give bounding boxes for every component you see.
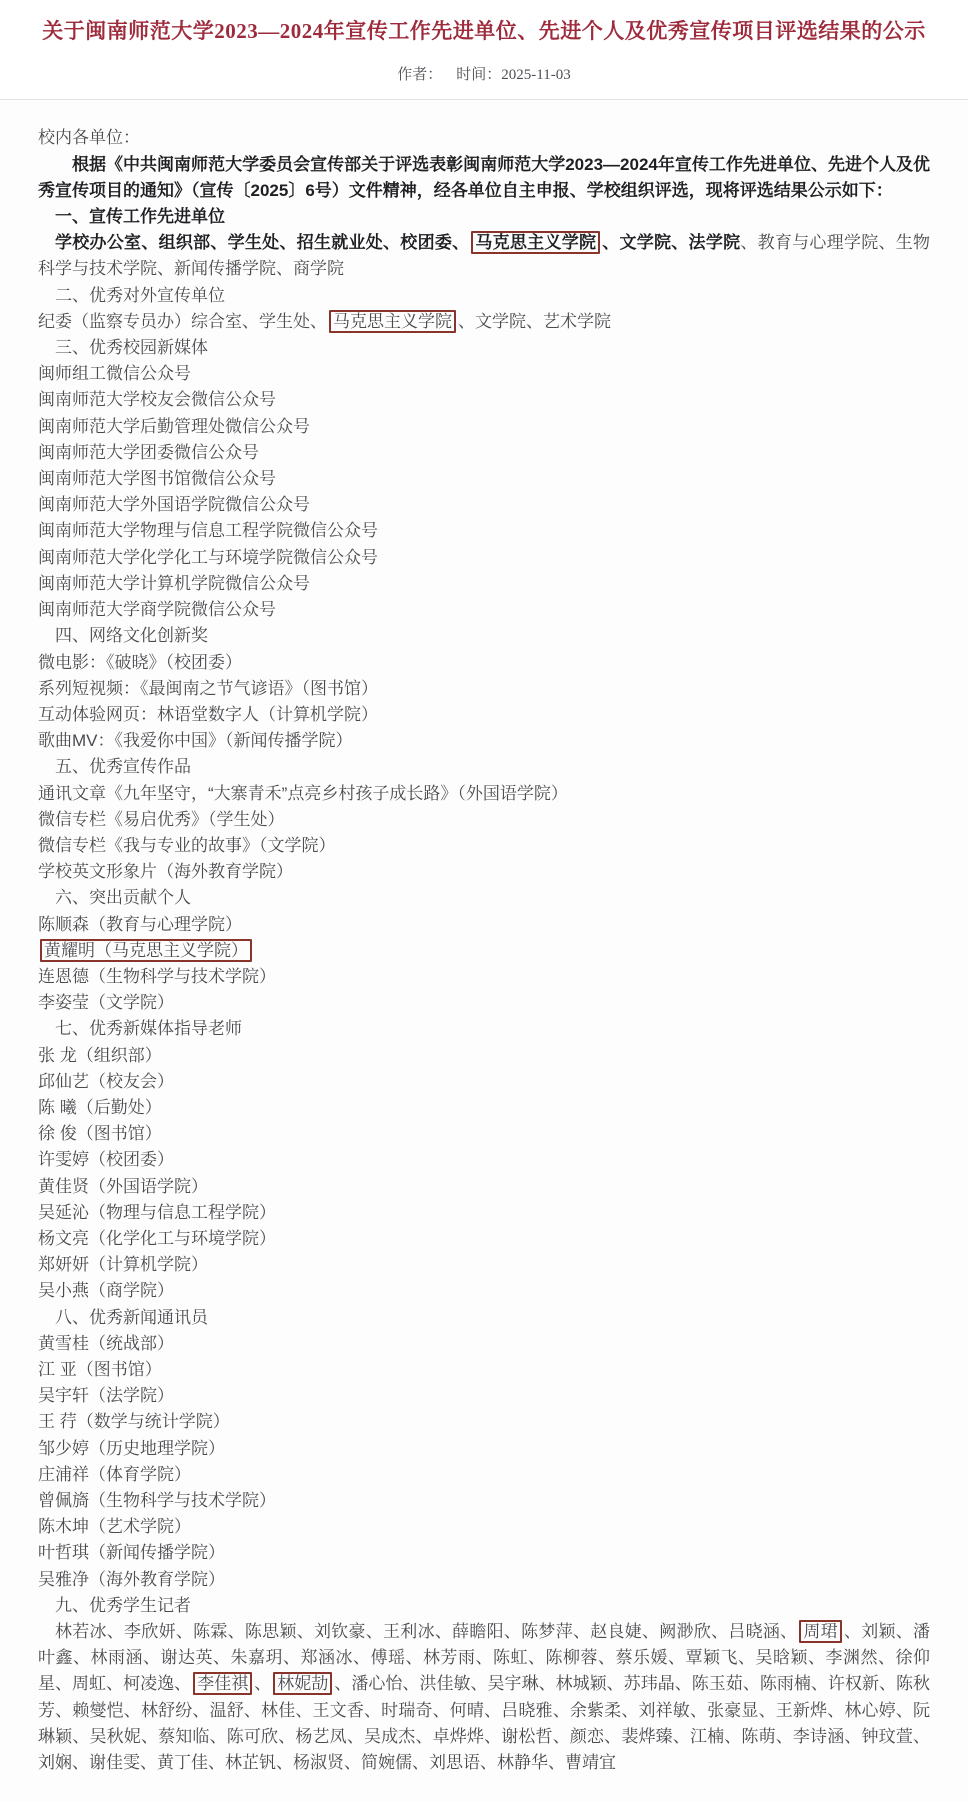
red-box-highlight: 李佳祺 [193,1672,252,1695]
doc-line: 杨文亮（化学化工与环境学院） [38,1226,930,1252]
text-segment: 、文学院、艺术学院 [458,312,611,331]
doc-line: 根据《中共闽南师范大学委员会宣传部关于评选表彰闽南师范大学2023—2024年宣… [38,152,930,204]
text-segment: 五、优秀宣传作品 [55,757,191,776]
doc-line: 校内各单位： [38,125,930,151]
red-box-highlight: 马克思主义学院 [471,231,600,254]
red-box-highlight: 林妮劼 [273,1672,332,1695]
section-heading: 四、网络文化创新奖 [38,623,930,649]
text-segment: 四、网络文化创新奖 [55,626,208,645]
text-segment: 歌曲MV：《我爱你中国》（新闻传播学院） [38,731,353,750]
text-segment: 一、宣传工作先进单位 [55,207,225,226]
text-segment: 陈顺森（教育与心理学院） [38,915,242,934]
doc-line: 江 亚（图书馆） [38,1357,930,1383]
doc-line: 吴小燕（商学院） [38,1278,930,1304]
section-heading: 六、突出贡献个人 [38,885,930,911]
doc-line: 闽南师范大学团委微信公众号 [38,440,930,466]
text-segment: 、 [254,1674,271,1693]
doc-line: 吴宇轩（法学院） [38,1383,930,1409]
doc-line: 徐 俊（图书馆） [38,1121,930,1147]
text-segment: 庄浦祥（体育学院） [38,1465,191,1484]
text-segment: 闽南师范大学物理与信息工程学院微信公众号 [38,521,378,540]
doc-line: 闽南师范大学商学院微信公众号 [38,597,930,623]
doc-line: 黄佳贤（外国语学院） [38,1174,930,1200]
text-segment: 连恩德（生物科学与技术学院） [38,967,276,986]
doc-line: 闽师组工微信公众号 [38,361,930,387]
text-segment: 闽南师范大学外国语学院微信公众号 [38,495,310,514]
text-segment: 闽南师范大学商学院微信公众号 [38,600,276,619]
text-segment: 吴宇轩（法学院） [38,1386,174,1405]
announcement-page: 关于闽南师范大学2023—2024年宣传工作先进单位、先进个人及优秀宣传项目评选… [0,0,968,1802]
text-segment: 系列短视频：《最闽南之节气谚语》（图书馆） [38,679,378,698]
meta-row: 作者：时间：2025-11-03 [0,63,968,99]
publish-date: 2025-11-03 [501,67,570,83]
text-segment: 黄佳贤（外国语学院） [38,1177,208,1196]
text-segment: 王 荇（数学与统计学院） [38,1412,230,1431]
section-heading: 七、优秀新媒体指导老师 [38,1016,930,1042]
text-segment: 学校办公室、组织部、学生处、招生就业处、校团委、 [55,233,469,252]
text-segment: 二、优秀对外宣传单位 [55,286,225,305]
doc-line: 纪委（监察专员办）综合室、学生处、马克思主义学院、文学院、艺术学院 [38,309,930,335]
text-segment: 通讯文章《九年坚守，“大寨青禾”点亮乡村孩子成长路》（外国语学院） [38,784,568,803]
text-segment: 微电影：《破晓》（校团委） [38,653,242,672]
doc-line: 郑妍妍（计算机学院） [38,1252,930,1278]
text-segment: 邹少婷（历史地理学院） [38,1439,225,1458]
text-segment: 叶哲琪（新闻传播学院） [38,1543,225,1562]
doc-line: 系列短视频：《最闽南之节气谚语》（图书馆） [38,676,930,702]
doc-line: 闽南师范大学外国语学院微信公众号 [38,492,930,518]
doc-line: 连恩德（生物科学与技术学院） [38,964,930,990]
text-segment: 七、优秀新媒体指导老师 [55,1019,242,1038]
doc-line: 学校英文形象片（海外教育学院） [38,859,930,885]
section-heading: 二、优秀对外宣传单位 [38,283,930,309]
doc-line: 闽南师范大学化学化工与环境学院微信公众号 [38,545,930,571]
doc-line: 张 龙（组织部） [38,1043,930,1069]
doc-line: 林若冰、李欣妍、陈霖、陈思颖、刘钦豪、王利冰、薛瞻阳、陈梦萍、赵良婕、阙渺欣、吕… [38,1619,930,1776]
doc-line: 微信专栏《我与专业的故事》（文学院） [38,833,930,859]
section-heading: 八、优秀新闻通讯员 [38,1305,930,1331]
doc-line: 陈顺森（教育与心理学院） [38,912,930,938]
text-segment: 陈 曦（后勤处） [38,1098,162,1117]
section-heading: 五、优秀宣传作品 [38,754,930,780]
text-segment: 微信专栏《我与专业的故事》（文学院） [38,836,336,855]
text-segment: 学校英文形象片（海外教育学院） [38,862,293,881]
text-segment: 、文学院、法学院 [602,233,740,252]
text-segment: 根据《中共闽南师范大学委员会宣传部关于评选表彰闽南师范大学2023—2024年宣… [38,155,930,200]
text-segment: 黄雪桂（统战部） [38,1334,174,1353]
text-segment: 吴延沁（物理与信息工程学院） [38,1203,276,1222]
author-label: 作者： [397,67,442,83]
doc-line: 邱仙艺（校友会） [38,1069,930,1095]
text-segment: 闽南师范大学校友会微信公众号 [38,390,276,409]
doc-line: 邹少婷（历史地理学院） [38,1436,930,1462]
text-segment: 闽南师范大学团委微信公众号 [38,443,259,462]
doc-line: 吴雅净（海外教育学院） [38,1567,930,1593]
text-segment: 闽南师范大学计算机学院微信公众号 [38,574,310,593]
doc-line: 庄浦祥（体育学院） [38,1462,930,1488]
text-segment: 闽师组工微信公众号 [38,364,191,383]
text-segment: 江 亚（图书馆） [38,1360,162,1379]
text-segment: 校内各单位： [38,128,140,147]
text-segment: 许雯婷（校团委） [38,1150,174,1169]
doc-line: 闽南师范大学后勤管理处微信公众号 [38,414,930,440]
doc-line: 学校办公室、组织部、学生处、招生就业处、校团委、马克思主义学院、文学院、法学院、… [38,230,930,282]
doc-line: 通讯文章《九年坚守，“大寨青禾”点亮乡村孩子成长路》（外国语学院） [38,781,930,807]
doc-line: 黄雪桂（统战部） [38,1331,930,1357]
page-title: 关于闽南师范大学2023—2024年宣传工作先进单位、先进个人及优秀宣传项目评选… [0,12,968,46]
text-segment: 闽南师范大学化学化工与环境学院微信公众号 [38,548,378,567]
text-segment: 三、优秀校园新媒体 [55,338,208,357]
doc-line: 闽南师范大学物理与信息工程学院微信公众号 [38,518,930,544]
text-segment: 张 龙（组织部） [38,1046,162,1065]
text-segment: 吴小燕（商学院） [38,1281,174,1300]
text-segment: 互动体验网页：林语堂数字人（计算机学院） [38,705,378,724]
text-segment: 闽南师范大学图书馆微信公众号 [38,469,276,488]
text-segment: 郑妍妍（计算机学院） [38,1255,208,1274]
doc-line: 王 荇（数学与统计学院） [38,1409,930,1435]
text-segment: 杨文亮（化学化工与环境学院） [38,1229,276,1248]
text-segment: 曾佩旖（生物科学与技术学院） [38,1491,276,1510]
doc-line: 歌曲MV：《我爱你中国》（新闻传播学院） [38,728,930,754]
text-segment: 八、优秀新闻通讯员 [55,1308,208,1327]
time-label: 时间： [456,67,501,83]
section-heading: 九、优秀学生记者 [38,1593,930,1619]
text-segment: 陈木坤（艺术学院） [38,1517,191,1536]
doc-line: 陈 曦（后勤处） [38,1095,930,1121]
text-segment: 邱仙艺（校友会） [38,1072,174,1091]
section-heading: 一、宣传工作先进单位 [38,204,930,230]
text-segment: 李姿莹（文学院） [38,993,174,1012]
doc-line: 微信专栏《易启优秀》（学生处） [38,807,930,833]
text-segment: 九、优秀学生记者 [55,1596,191,1615]
doc-line: 吴延沁（物理与信息工程学院） [38,1200,930,1226]
doc-line: 互动体验网页：林语堂数字人（计算机学院） [38,702,930,728]
text-segment: 纪委（监察专员办）综合室、学生处、 [38,312,327,331]
doc-line: 微电影：《破晓》（校团委） [38,650,930,676]
doc-line: 叶哲琪（新闻传播学院） [38,1540,930,1566]
red-box-highlight: 周珺 [799,1620,842,1643]
doc-line: 闽南师范大学图书馆微信公众号 [38,466,930,492]
doc-line: 陈木坤（艺术学院） [38,1514,930,1540]
red-box-highlight: 黄耀明（马克思主义学院） [40,939,252,962]
doc-line: 闽南师范大学校友会微信公众号 [38,387,930,413]
text-segment: 林若冰、李欣妍、陈霖、陈思颖、刘钦豪、王利冰、薛瞻阳、陈梦萍、赵良婕、阙渺欣、吕… [55,1622,797,1641]
red-box-highlight: 马克思主义学院 [329,310,456,333]
doc-line: 许雯婷（校团委） [38,1147,930,1173]
doc-line: 黄耀明（马克思主义学院） [38,938,930,964]
section-heading: 三、优秀校园新媒体 [38,335,930,361]
doc-line: 曾佩旖（生物科学与技术学院） [38,1488,930,1514]
text-segment: 吴雅净（海外教育学院） [38,1570,225,1589]
doc-line: 闽南师范大学计算机学院微信公众号 [38,571,930,597]
document-body: 校内各单位：根据《中共闽南师范大学委员会宣传部关于评选表彰闽南师范大学2023—… [0,100,968,1802]
doc-line: 李姿莹（文学院） [38,990,930,1016]
text-segment: 徐 俊（图书馆） [38,1124,162,1143]
text-segment: 六、突出贡献个人 [55,888,191,907]
text-segment: 微信专栏《易启优秀》（学生处） [38,810,285,829]
text-segment: 闽南师范大学后勤管理处微信公众号 [38,417,310,436]
doc-header: 关于闽南师范大学2023—2024年宣传工作先进单位、先进个人及优秀宣传项目评选… [0,0,968,99]
